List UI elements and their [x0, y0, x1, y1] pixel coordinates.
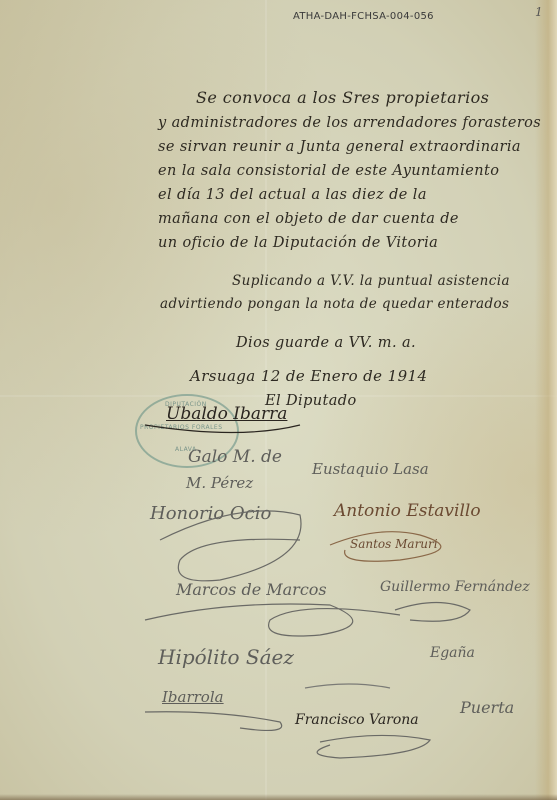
document-page: ATHA-DAH-FCHSA-004-056 1 Se convoca a lo… — [0, 0, 557, 800]
signature-flourishes — [0, 0, 557, 800]
